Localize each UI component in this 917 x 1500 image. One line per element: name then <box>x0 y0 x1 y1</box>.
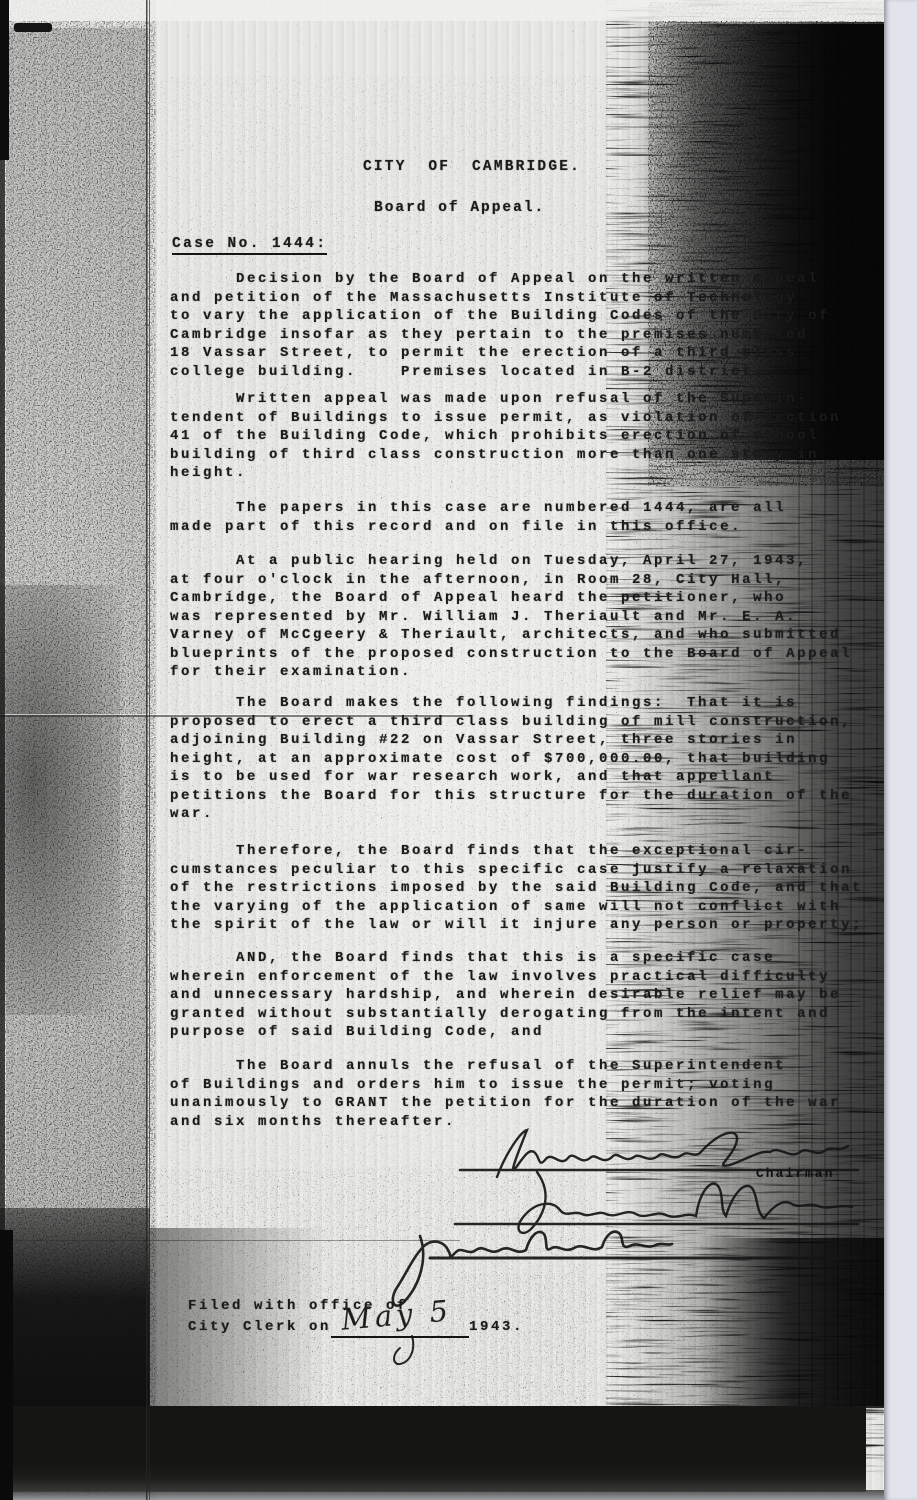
chairman-label: Chairman <box>756 1166 834 1181</box>
document-line: was represented by Mr. William J. Theria… <box>170 608 870 627</box>
paragraph-papers: The papers in this case are numbered 144… <box>170 499 870 536</box>
document-content: CITY OF CAMBRIDGE. Board of Appeal. Case… <box>0 0 917 1500</box>
document-line: college building. Premises located in B-… <box>170 363 870 382</box>
paragraph-therefore: Therefore, the Board finds that the exce… <box>170 842 870 935</box>
page-title: CITY OF CAMBRIDGE. <box>363 159 581 175</box>
document-line: tendent of Buildings to issue permit, as… <box>170 409 870 428</box>
document-line: proposed to erect a third class building… <box>170 713 870 732</box>
document-line: At a public hearing held on Tuesday, Apr… <box>170 552 870 571</box>
document-line: The Board annuls the refusal of the Supe… <box>170 1057 870 1076</box>
document-line: wherein enforcement of the law involves … <box>170 968 870 987</box>
document-line: granted without substantially derogating… <box>170 1005 870 1024</box>
document-line: petitions the Board for this structure f… <box>170 787 870 806</box>
document-line: to vary the application of the Building … <box>170 307 870 326</box>
document-line: Therefore, the Board finds that the exce… <box>170 842 870 861</box>
paragraph-ruling: The Board annuls the refusal of the Supe… <box>170 1057 870 1131</box>
document-line: AND, the Board finds that this is a spec… <box>170 949 870 968</box>
document-line: of Buildings and orders him to issue the… <box>170 1076 870 1095</box>
document-line: height, at an approximate cost of $700,0… <box>170 750 870 769</box>
document-line: blueprints of the proposed construction … <box>170 645 870 664</box>
document-line: and unnecessary hardship, and wherein de… <box>170 986 870 1005</box>
document-line: for their examination. <box>170 663 870 682</box>
document-line: the varying of the application of same w… <box>170 898 870 917</box>
document-line: purpose of said Building Code, and <box>170 1023 870 1042</box>
document-line: Cambridge insofar as they pertain to the… <box>170 326 870 345</box>
page-subtitle: Board of Appeal. <box>374 200 545 216</box>
paragraph-appeal: Written appeal was made upon refusal of … <box>170 390 870 483</box>
paragraph-decision: Decision by the Board of Appeal on the w… <box>170 270 870 381</box>
filed-year: 1943. <box>469 1317 524 1338</box>
document-line: Written appeal was made upon refusal of … <box>170 390 870 409</box>
document-line: cumstances peculiar to this specific cas… <box>170 861 870 880</box>
document-line: 18 Vassar Street, to permit the erection… <box>170 344 870 363</box>
document-line: Cambridge, the Board of Appeal heard the… <box>170 589 870 608</box>
document-line: war. <box>170 805 870 824</box>
document-line: at four o'clock in the afternoon, in Roo… <box>170 571 870 590</box>
document-line: made part of this record and on file in … <box>170 518 870 537</box>
paragraph-hearing: At a public hearing held on Tuesday, Apr… <box>170 552 870 682</box>
document-line: The papers in this case are numbered 144… <box>170 499 870 518</box>
document-line: adjoining Building #22 on Vassar Street,… <box>170 731 870 750</box>
filed-prefix: City Clerk on <box>188 1317 331 1338</box>
paragraph-findings: The Board makes the following findings: … <box>170 694 870 824</box>
document-line: unanimously to GRANT the petition for th… <box>170 1094 870 1113</box>
document-line: height. <box>170 464 870 483</box>
document-line: is to be used for war research work, and… <box>170 768 870 787</box>
paragraph-and-finding: AND, the Board finds that this is a spec… <box>170 949 870 1042</box>
case-number: Case No. 1444: <box>172 236 327 255</box>
document-line: Varney of McCgeery & Theriault, architec… <box>170 626 870 645</box>
document-line: 41 of the Building Code, which prohibits… <box>170 427 870 446</box>
document-line: Decision by the Board of Appeal on the w… <box>170 270 870 289</box>
document-line: and six months thereafter. <box>170 1113 870 1132</box>
document-line: and petition of the Massachusetts Instit… <box>170 289 870 308</box>
document-line: the spirit of the law or will it injure … <box>170 916 870 935</box>
document-line: of the restrictions imposed by the said … <box>170 879 870 898</box>
document-line: The Board makes the following findings: … <box>170 694 870 713</box>
scanned-document-page: CITY OF CAMBRIDGE. Board of Appeal. Case… <box>0 0 917 1500</box>
document-line: building of third class construction mor… <box>170 446 870 465</box>
